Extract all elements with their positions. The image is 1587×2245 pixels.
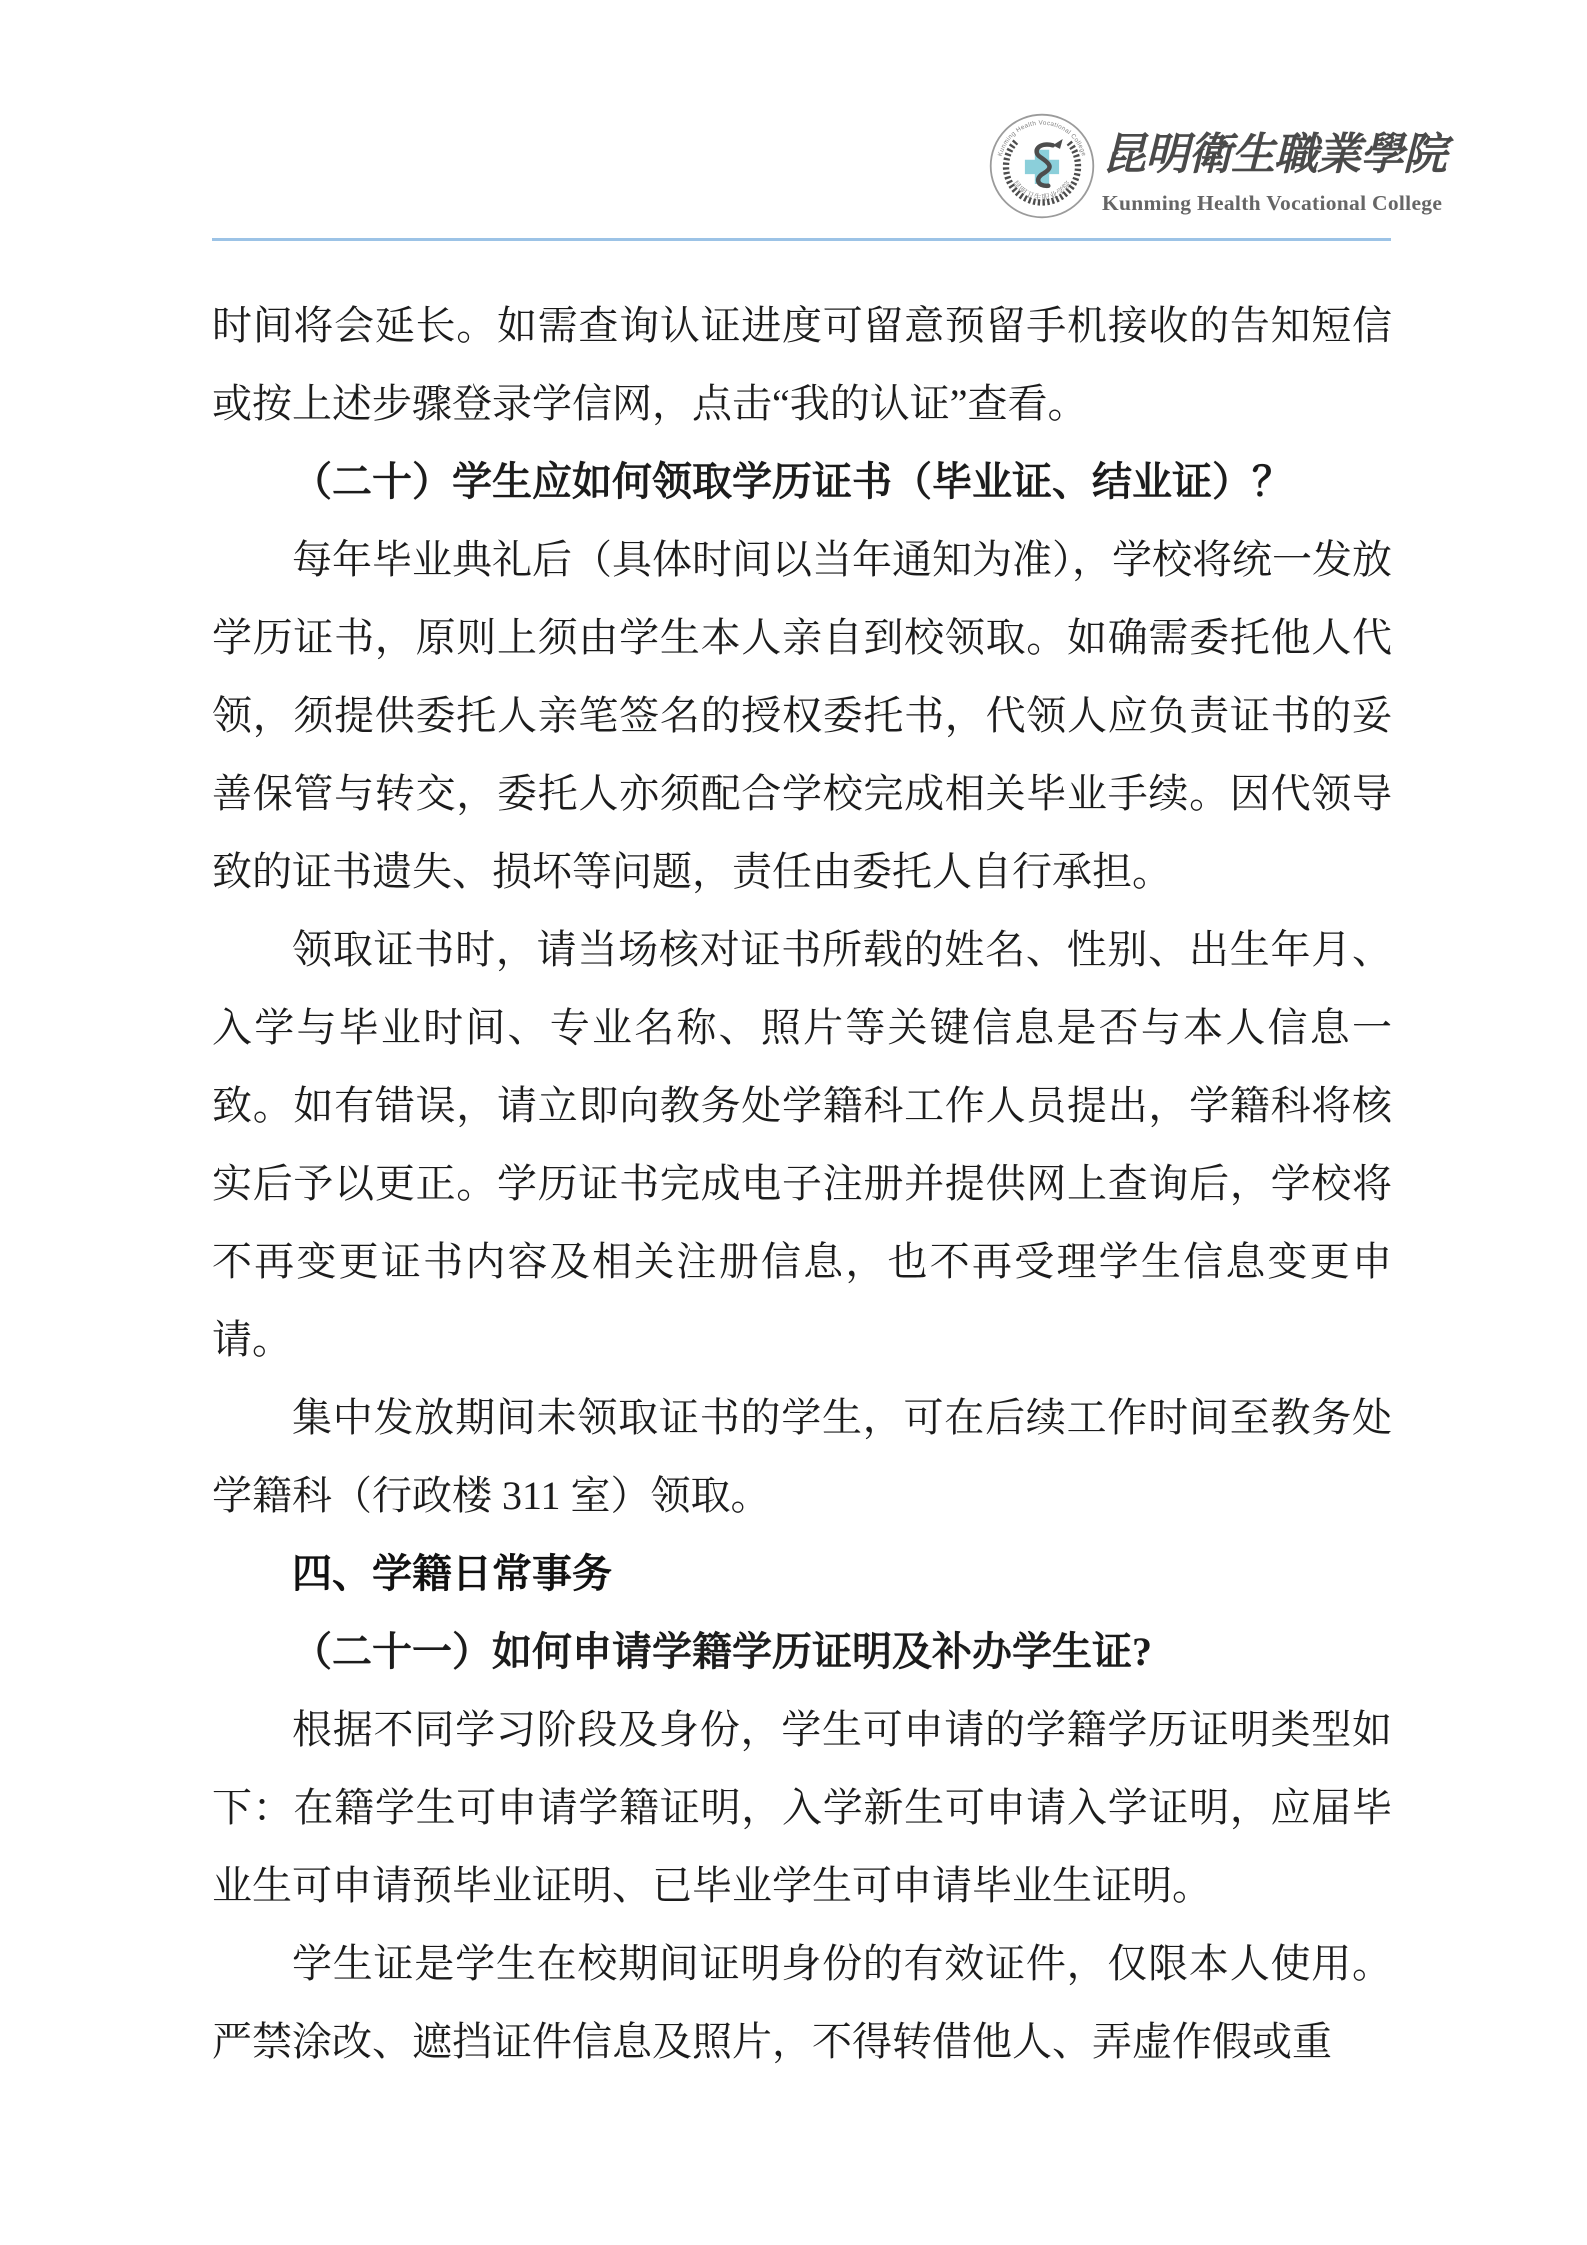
paragraph: 学生证是学生在校期间证明身份的有效证件，仅限本人使用。严禁涂改、遮挡证件信息及照…: [212, 1925, 1392, 2081]
paragraph: 根据不同学习阶段及身份，学生可申请的学籍学历证明类型如下：在籍学生可申请学籍证明…: [212, 1691, 1392, 1925]
document-page: Kunming Health Vocational College 昆明卫生职业…: [0, 0, 1587, 2245]
paragraph: 每年毕业典礼后（具体时间以当年通知为准），学校将统一发放学历证书，原则上须由学生…: [212, 521, 1392, 911]
college-name-block: 昆明衛生職業學院 Kunming Health Vocational Colle…: [1102, 124, 1442, 216]
document-body: 时间将会延长。如需查询认证进度可留意预留手机接收的告知短信或按上述步骤登录学信网…: [212, 287, 1392, 2081]
question-heading-20: （二十）学生应如何领取学历证书（毕业证、结业证）？: [212, 443, 1392, 521]
paragraph-continuation: 时间将会延长。如需查询认证进度可留意预留手机接收的告知短信或按上述步骤登录学信网…: [212, 287, 1392, 443]
paragraph: 领取证书时，请当场核对证书所载的姓名、性别、出生年月、入学与毕业时间、专业名称、…: [212, 911, 1392, 1379]
header-divider-line: [212, 238, 1391, 241]
college-name-calligraphy: 昆明衛生職業學院: [1102, 124, 1442, 186]
paragraph: 集中发放期间未领取证书的学生，可在后续工作时间至教务处学籍科（行政楼 311 室…: [212, 1379, 1392, 1535]
college-name-english: Kunming Health Vocational College: [1102, 190, 1442, 216]
college-seal-logo: Kunming Health Vocational College 昆明卫生职业…: [988, 112, 1096, 220]
question-heading-21: （二十一）如何申请学籍学历证明及补办学生证?: [212, 1613, 1392, 1691]
section-heading-4: 四、学籍日常事务: [212, 1535, 1392, 1613]
